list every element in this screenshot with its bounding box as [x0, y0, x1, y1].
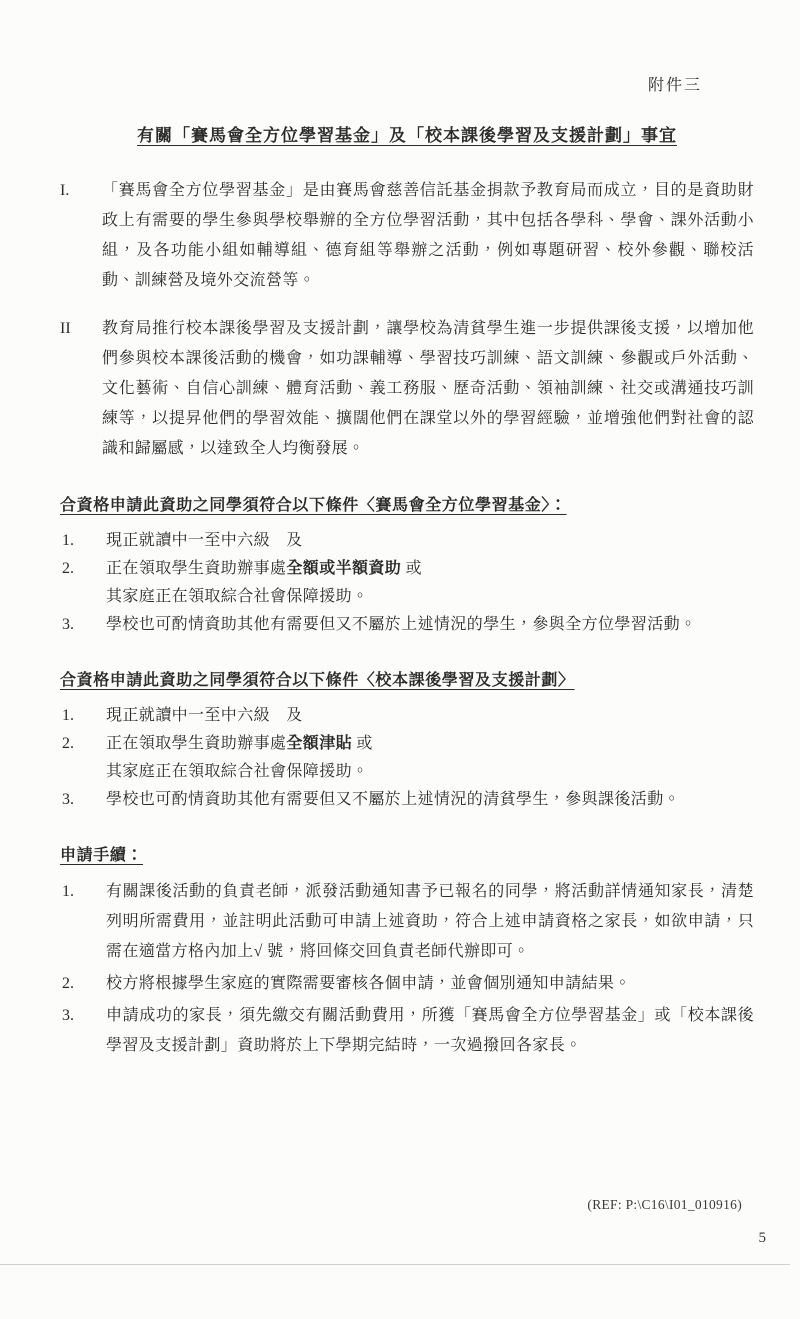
- reference-code: (REF: P:\C16\I01_010916): [587, 1197, 742, 1213]
- paragraph-1-marker: I.: [60, 176, 102, 296]
- list-item-text-part: 正在領取學生資助辦事處: [106, 735, 286, 752]
- list-item-text-part: 現正就讀中一至中六級 及: [106, 532, 303, 549]
- page-title: 有關「賽馬會全方位學習基金」及「校本課後學習及支援計劃」事宜: [60, 121, 754, 146]
- list-item-number: 1.: [60, 877, 106, 967]
- paragraph-2-marker: II: [60, 314, 102, 464]
- list-item-number: 3.: [60, 786, 106, 814]
- list-item-text: 學校也可酌情資助其他有需要但又不屬於上述情況的學生，參與全方位學習活動。: [106, 611, 754, 639]
- list-item: 2. 正在領取學生資助辦事處全額或半額資助 或: [60, 555, 754, 583]
- list-item-number: 1.: [60, 702, 106, 730]
- list-item-continuation: 其家庭正在領取綜合社會保障援助。: [60, 583, 754, 611]
- list-item: 2. 校方將根據學生家庭的實際需要審核各個申請，並會個別通知申請結果。: [60, 969, 754, 999]
- list-item-number: 3.: [60, 611, 106, 639]
- paragraph-1: I. 「賽馬會全方位學習基金」是由賽馬會慈善信託基金捐款予教育局而成立，目的是資…: [60, 176, 754, 296]
- eligibility-lwl-heading: 合資格申請此資助之同學須符合以下條件〈賽馬會全方位學習基金〉：: [60, 492, 754, 515]
- document-page: 附件三 有關「賽馬會全方位學習基金」及「校本課後學習及支援計劃」事宜 I. 「賽…: [0, 0, 800, 1061]
- list-item-text-part: 學校也可酌情資助其他有需要但又不屬於上述情況的清貧學生，參與課後活動。: [106, 791, 680, 808]
- list-item-bold-text: 全額或半額資助: [286, 560, 401, 577]
- list-item: 3. 學校也可酌情資助其他有需要但又不屬於上述情況的學生，參與全方位學習活動。: [60, 611, 754, 639]
- list-item-number-empty: [60, 758, 106, 786]
- scanned-document: { "doc": { "attachment_label": "附件三", "t…: [0, 0, 800, 1319]
- list-item-text-part: 現正就讀中一至中六級 及: [106, 707, 303, 724]
- paragraph-2-text: 教育局推行校本課後學習及支援計劃，讓學校為清貧學生進一步提供課後支援，以增加他們…: [102, 314, 754, 464]
- eligibility-sbas-heading: 合資格申請此資助之同學須符合以下條件〈校本課後學習及支援計劃〉: [60, 667, 754, 690]
- list-item-text: 其家庭正在領取綜合社會保障援助。: [106, 758, 754, 786]
- list-item-text-part: 正在領取學生資助辦事處: [106, 560, 286, 577]
- list-item-number: 2.: [60, 969, 106, 999]
- list-item-number: 3.: [60, 1001, 106, 1061]
- eligibility-sbas-list: 1. 現正就讀中一至中六級 及 2. 正在領取學生資助辦事處全額津貼 或 其家庭…: [60, 702, 754, 814]
- list-item-text-part: 或: [352, 735, 373, 752]
- list-item-continuation: 其家庭正在領取綜合社會保障援助。: [60, 758, 754, 786]
- list-item-text: 有關課後活動的負責老師，派發活動通知書予已報名的同學，將活動詳情通知家長，清楚列…: [106, 877, 754, 967]
- list-item: 2. 正在領取學生資助辦事處全額津貼 或: [60, 730, 754, 758]
- attachment-label: 附件三: [60, 72, 754, 95]
- list-item-number: 1.: [60, 527, 106, 555]
- list-item: 1. 現正就讀中一至中六級 及: [60, 527, 754, 555]
- list-item-number: 2.: [60, 555, 106, 583]
- list-item-text: 申請成功的家長，須先繳交有關活動費用，所獲「賽馬會全方位學習基金」或「校本課後學…: [106, 1001, 754, 1061]
- list-item: 1. 現正就讀中一至中六級 及: [60, 702, 754, 730]
- procedures-heading: 申請手續：: [60, 842, 754, 865]
- page-number: 5: [759, 1230, 767, 1247]
- list-item-text-part: 學校也可酌情資助其他有需要但又不屬於上述情況的學生，參與全方位學習活動。: [106, 616, 696, 633]
- paragraph-1-text: 「賽馬會全方位學習基金」是由賽馬會慈善信託基金捐款予教育局而成立，目的是資助財政…: [102, 176, 754, 296]
- list-item-text: 學校也可酌情資助其他有需要但又不屬於上述情況的清貧學生，參與課後活動。: [106, 786, 754, 814]
- list-item: 3. 學校也可酌情資助其他有需要但又不屬於上述情況的清貧學生，參與課後活動。: [60, 786, 754, 814]
- eligibility-lwl-list: 1. 現正就讀中一至中六級 及 2. 正在領取學生資助辦事處全額或半額資助 或 …: [60, 527, 754, 639]
- scan-artifact-line: [0, 1264, 790, 1265]
- list-item-bold-text: 全額津貼: [286, 735, 352, 752]
- paragraph-2: II 教育局推行校本課後學習及支援計劃，讓學校為清貧學生進一步提供課後支援，以增…: [60, 314, 754, 464]
- list-item-number-empty: [60, 583, 106, 611]
- list-item: 1. 有關課後活動的負責老師，派發活動通知書予已報名的同學，將活動詳情通知家長，…: [60, 877, 754, 967]
- list-item-text-part: 或: [401, 560, 422, 577]
- list-item-text: 現正就讀中一至中六級 及: [106, 702, 754, 730]
- list-item: 3. 申請成功的家長，須先繳交有關活動費用，所獲「賽馬會全方位學習基金」或「校本…: [60, 1001, 754, 1061]
- list-item-number: 2.: [60, 730, 106, 758]
- list-item-text: 正在領取學生資助辦事處全額或半額資助 或: [106, 555, 754, 583]
- list-item-text: 其家庭正在領取綜合社會保障援助。: [106, 583, 754, 611]
- list-item-text: 現正就讀中一至中六級 及: [106, 527, 754, 555]
- list-item-text: 校方將根據學生家庭的實際需要審核各個申請，並會個別通知申請結果。: [106, 969, 754, 999]
- procedures-list: 1. 有關課後活動的負責老師，派發活動通知書予已報名的同學，將活動詳情通知家長，…: [60, 877, 754, 1061]
- list-item-text: 正在領取學生資助辦事處全額津貼 或: [106, 730, 754, 758]
